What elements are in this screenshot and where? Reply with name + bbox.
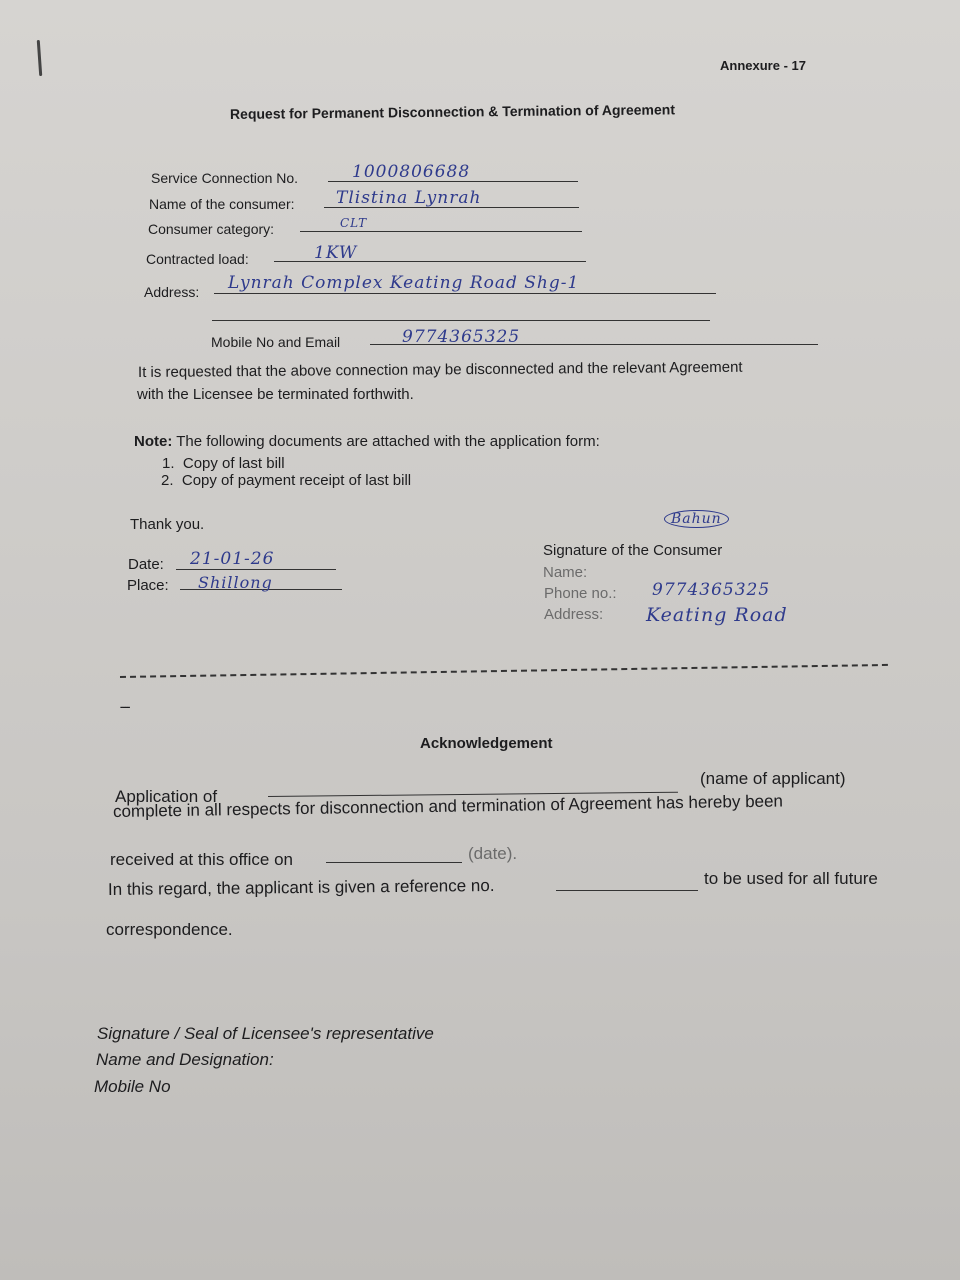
place-label: Place: xyxy=(127,577,169,594)
consumer-address-label: Address: xyxy=(544,606,603,623)
ack-future-use: to be used for all future xyxy=(704,869,878,889)
ack-correspondence: correspondence. xyxy=(106,920,233,940)
consumer-name-value[interactable]: Tlistina Lynrah xyxy=(336,188,481,208)
consumer-name-label-2: Name: xyxy=(543,564,587,581)
licensee-name-designation-label: Name and Designation: xyxy=(96,1050,274,1070)
consumer-signature-label: Signature of the Consumer xyxy=(543,542,722,559)
address-line-1 xyxy=(214,293,716,294)
contracted-load-value[interactable]: 1KW xyxy=(314,243,357,263)
licensee-signature-label: Signature / Seal of Licensee's represent… xyxy=(97,1024,434,1044)
thank-you: Thank you. xyxy=(130,516,204,533)
consumer-category-line xyxy=(300,231,582,232)
note-text: The following documents are attached wit… xyxy=(176,433,600,450)
request-text-line-1: It is requested that the above connectio… xyxy=(138,359,743,381)
ack-name-of-applicant: (name of applicant) xyxy=(700,769,846,789)
attachment-text: Copy of payment receipt of last bill xyxy=(182,472,411,489)
attachment-number: 2. xyxy=(161,472,174,489)
ack-reference-text: In this regard, the applicant is given a… xyxy=(108,876,495,900)
address-line-2 xyxy=(212,320,710,321)
date-value[interactable]: 21-01-26 xyxy=(190,549,274,569)
service-connection-label: Service Connection No. xyxy=(151,170,298,186)
licensee-mobile-label: Mobile No xyxy=(94,1077,171,1097)
consumer-name-label: Name of the consumer: xyxy=(149,196,295,212)
attachment-item: 1. Copy of last bill xyxy=(162,455,285,472)
pen-mark xyxy=(37,40,43,76)
date-line xyxy=(176,569,336,570)
request-text-line-2: with the Licensee be terminated forthwit… xyxy=(137,386,414,403)
consumer-signature: Bahun xyxy=(664,510,729,528)
acknowledgement-heading: Acknowledgement xyxy=(420,735,553,752)
attachment-item: 2. Copy of payment receipt of last bill xyxy=(161,472,411,489)
mobile-email-value[interactable]: 9774365325 xyxy=(402,327,520,347)
note-label: Note: xyxy=(134,433,172,450)
attachment-number: 1. xyxy=(162,455,175,472)
consumer-phone-value[interactable]: 9774365325 xyxy=(652,580,770,600)
ack-date-hint: (date). xyxy=(468,844,517,864)
address-value[interactable]: Lynrah Complex Keating Road Shg-1 xyxy=(228,273,579,293)
mobile-email-label: Mobile No and Email xyxy=(211,334,340,350)
consumer-category-label: Consumer category: xyxy=(148,221,274,237)
separator-stub: ---- xyxy=(120,702,129,713)
address-label: Address: xyxy=(144,284,199,300)
ack-received-on: received at this office on xyxy=(110,850,293,870)
consumer-address-value[interactable]: Keating Road xyxy=(646,604,788,626)
ack-reference-line[interactable] xyxy=(556,890,698,891)
cut-separator xyxy=(120,664,888,678)
place-value[interactable]: Shillong xyxy=(198,573,273,592)
note: Note: The following documents are attach… xyxy=(134,433,600,450)
service-connection-value[interactable]: 1000806688 xyxy=(352,162,470,182)
contracted-load-label: Contracted load: xyxy=(146,251,249,267)
ack-date-line[interactable] xyxy=(326,862,462,863)
annexure-number: Annexure - 17 xyxy=(720,58,806,73)
consumer-category-value[interactable]: CLT xyxy=(340,216,367,230)
attachment-text: Copy of last bill xyxy=(183,455,285,472)
form-title: Request for Permanent Disconnection & Te… xyxy=(230,101,675,122)
consumer-phone-label: Phone no.: xyxy=(544,585,617,602)
date-label: Date: xyxy=(128,556,164,573)
